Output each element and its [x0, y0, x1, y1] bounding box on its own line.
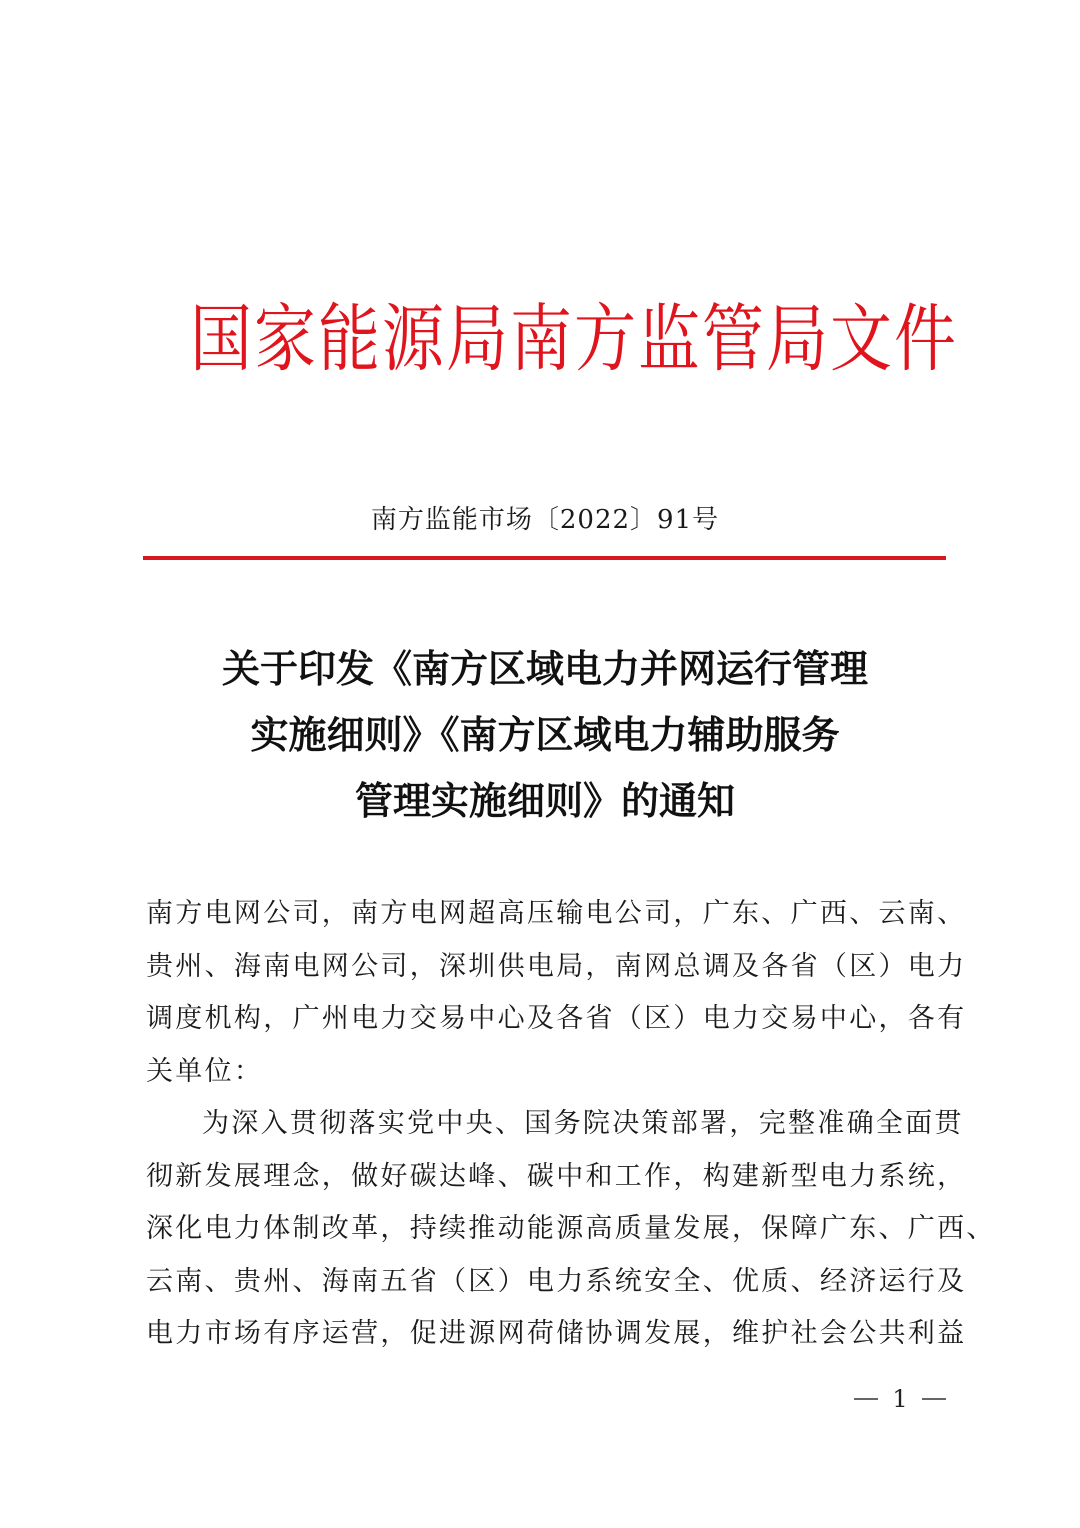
title-line: 关于印发《南方区域电力并网运行管理: [140, 636, 950, 702]
title-line: 实施细则》《南方区域电力辅助服务: [140, 702, 950, 768]
addressee-line: 关单位：: [146, 1046, 946, 1099]
paragraph-line: 深化电力体制改革，持续推动能源高质量发展，保障广东、广西、: [146, 1203, 946, 1256]
addressee-line: 南方电网公司，南方电网超高压输电公司，广东、广西、云南、: [146, 888, 946, 941]
document-number: 南方监能市场〔2022〕91号: [140, 502, 950, 538]
dash-left: [854, 1398, 878, 1400]
addressee-line: 调度机构，广州电力交易中心及各省（区）电力交易中心，各有: [146, 993, 946, 1046]
masthead-title: 国家能源局南方监管局文件: [190, 292, 900, 386]
paragraph-line: 云南、贵州、海南五省（区）电力系统安全、优质、经济运行及: [146, 1256, 946, 1309]
dash-right: [922, 1398, 946, 1400]
notice-title: 关于印发《南方区域电力并网运行管理 实施细则》《南方区域电力辅助服务 管理实施细…: [140, 636, 950, 834]
page-number: 1: [840, 1384, 960, 1414]
paragraph-line: 彻新发展理念，做好碳达峰、碳中和工作，构建新型电力系统，: [146, 1151, 946, 1204]
title-line: 管理实施细则》的通知: [140, 768, 950, 834]
document-page: 国家能源局南方监管局文件 南方监能市场〔2022〕91号 关于印发《南方区域电力…: [0, 0, 1080, 1528]
red-divider-rule: [143, 556, 946, 560]
page-number-value: 1: [892, 1384, 907, 1414]
paragraph-line: 电力市场有序运营，促进源网荷储协调发展，维护社会公共利益: [146, 1308, 946, 1361]
body-text: 南方电网公司，南方电网超高压输电公司，广东、广西、云南、 贵州、海南电网公司，深…: [146, 888, 946, 1361]
addressee-line: 贵州、海南电网公司，深圳供电局，南网总调及各省（区）电力: [146, 941, 946, 994]
paragraph-line: 为深入贯彻落实党中央、国务院决策部署，完整准确全面贯: [146, 1098, 946, 1151]
